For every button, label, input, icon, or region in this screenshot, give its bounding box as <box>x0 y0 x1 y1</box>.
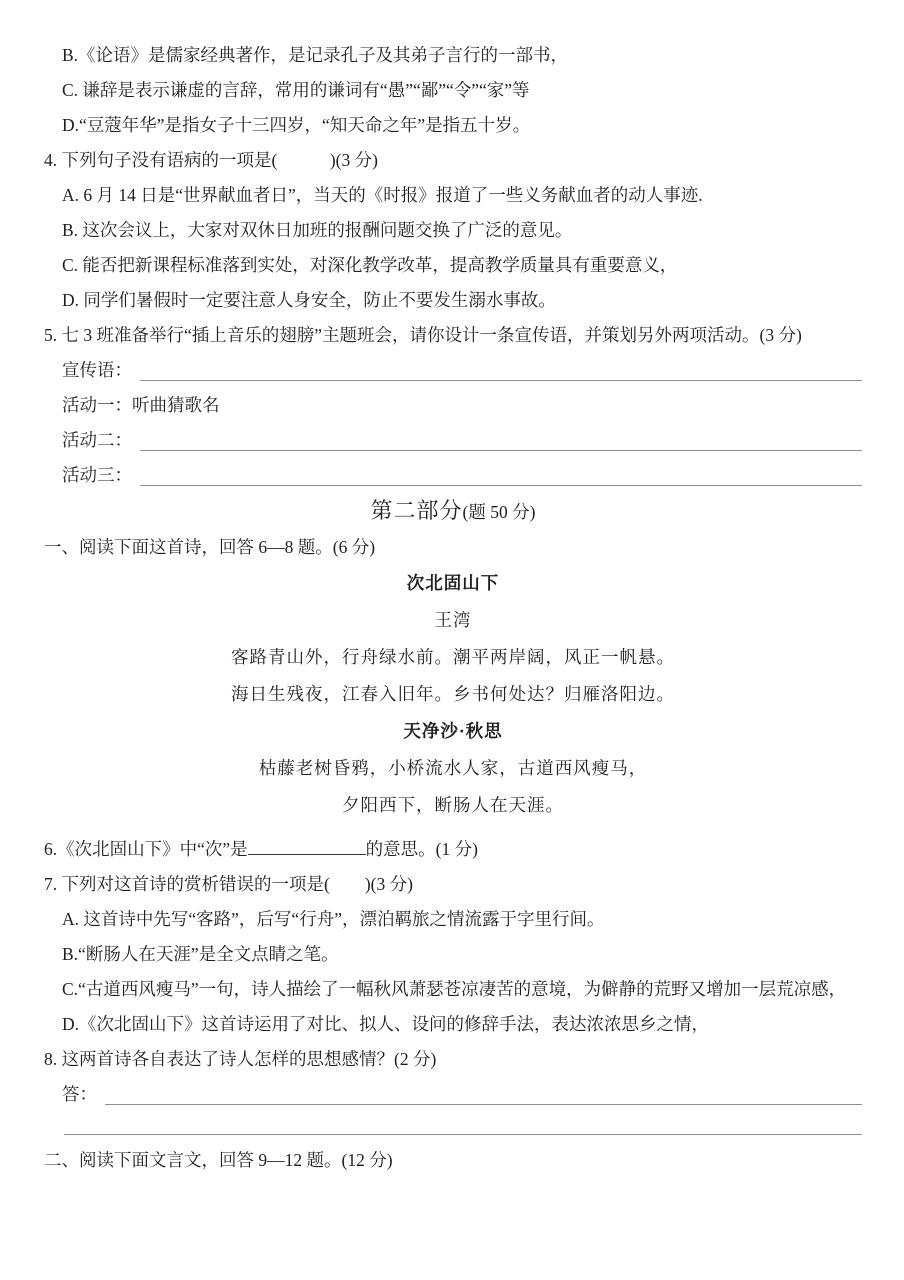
q5-activity3-row: 活动三： <box>44 458 862 493</box>
q4-option-d: D. 同学们暑假时一定要注意人身安全，防止不要发生溺水事故。 <box>62 283 862 318</box>
section2-score: (题 50 分) <box>463 502 536 522</box>
poem2-line2: 夕阳西下，断肠人在天涯。 <box>44 787 862 824</box>
q4-stem: 4. 下列句子没有语病的一项是( )(3 分) <box>44 143 862 178</box>
poem1-author: 王湾 <box>44 602 862 639</box>
q4-option-a: A. 6 月 14 日是“世界献血者日”，当天的《时报》报道了一些义务献血者的动… <box>62 178 862 213</box>
activity2-blank-line <box>140 450 862 451</box>
answer-continuation-line <box>64 1112 862 1135</box>
q7-stem: 7. 下列对这首诗的赏析错误的一项是( )(3 分) <box>44 867 862 902</box>
q8-answer-row: 答： <box>44 1077 862 1112</box>
q8-stem: 8. 这两首诗各自表达了诗人怎样的思想感情？(2 分) <box>44 1042 862 1077</box>
poem1-title: 次北固山下 <box>44 565 862 602</box>
q5-stem: 5. 七 3 班准备举行“插上音乐的翅膀”主题班会，请你设计一条宣传语，并策划另… <box>44 318 862 353</box>
answer-blank-line <box>105 1104 862 1105</box>
q4-option-b: B. 这次会议上，大家对双休日加班的报酬问题交换了广泛的意见。 <box>62 213 862 248</box>
q3-option-b: B.《论语》是儒家经典著作，是记录孔子及其弟子言行的一部书， <box>62 38 862 73</box>
q7-option-b: B.“断肠人在天涯”是全文点睛之笔。 <box>62 937 862 972</box>
activity2-label: 活动二： <box>62 423 132 458</box>
exam-page: B.《论语》是儒家经典著作，是记录孔子及其弟子言行的一部书， C. 谦辞是表示谦… <box>0 0 904 1178</box>
q7-option-c: C.“古道西风瘦马”一句，诗人描绘了一幅秋风萧瑟苍凉凄苦的意境，为僻静的荒野又增… <box>62 972 862 1007</box>
q5-activity2-row: 活动二： <box>44 423 862 458</box>
q5-activity1-row: 活动一： 听曲猜歌名 <box>44 388 862 423</box>
q6-prefix: 6.《次北固山下》中“次”是 <box>44 839 248 859</box>
poem-block: 次北固山下 王湾 客路青山外，行舟绿水前。潮平两岸阔，风正一帆悬。 海日生残夜，… <box>44 565 862 824</box>
activity1-label: 活动一： <box>62 388 132 423</box>
q7-option-a: A. 这首诗中先写“客路”，后写“行舟”，漂泊羁旅之情流露于字里行间。 <box>62 902 862 937</box>
poem1-line2: 海日生残夜，江春入旧年。乡书何处达？归雁洛阳边。 <box>44 676 862 713</box>
q6-stem: 6.《次北固山下》中“次”是的意思。(1 分) <box>44 832 862 867</box>
slogan-blank-line <box>140 380 862 381</box>
q3-option-c: C. 谦辞是表示谦虚的言辞，常用的谦词有“愚”“鄙”“令”“家”等 <box>62 73 862 108</box>
activity3-blank-line <box>140 485 862 486</box>
part1-intro: 一、阅读下面这首诗，回答 6—8 题。(6 分) <box>44 530 862 565</box>
q6-suffix: 的意思。(1 分) <box>366 839 478 859</box>
poem2-line1: 枯藤老树昏鸦，小桥流水人家，古道西风瘦马， <box>44 750 862 787</box>
part2-intro: 二、阅读下面文言文，回答 9—12 题。(12 分) <box>44 1143 862 1178</box>
q5-slogan-row: 宣传语： <box>44 353 862 388</box>
q4-option-c: C. 能否把新课程标准落到实处，对深化教学改革，提高教学质量具有重要意义， <box>62 248 862 283</box>
slogan-label: 宣传语： <box>62 353 132 388</box>
section2-heading: 第二部分(题 50 分) <box>44 493 862 530</box>
q6-blank-line <box>248 837 366 856</box>
q7-option-d: D.《次北固山下》这首诗运用了对比、拟人、设问的修辞手法，表达浓浓思乡之情， <box>62 1007 862 1042</box>
poem1-line1: 客路青山外，行舟绿水前。潮平两岸阔，风正一帆悬。 <box>44 639 862 676</box>
activity1-value: 听曲猜歌名 <box>132 388 220 423</box>
q3-option-d: D.“豆蔻年华”是指女子十三四岁，“知天命之年”是指五十岁。 <box>62 108 862 143</box>
section2-title: 第二部分 <box>371 498 463 523</box>
poem2-title: 天净沙·秋思 <box>44 713 862 750</box>
activity3-label: 活动三： <box>62 458 132 493</box>
answer-label: 答： <box>62 1077 97 1112</box>
